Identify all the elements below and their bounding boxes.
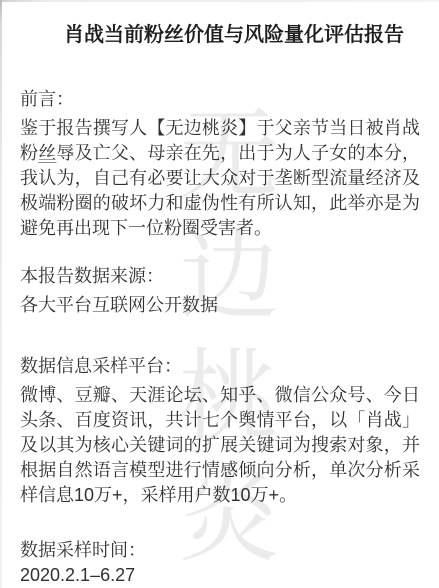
sampling-time-label: 数据采样时间： — [20, 538, 420, 563]
preface-label: 前言： — [20, 87, 420, 112]
report-title: 肖战当前粉丝价值与风险量化评估报告 — [48, 21, 420, 49]
report-page: 无 边 桃 炎 肖战当前粉丝价值与风险量化评估报告 前言： 鉴于报告撰写人【无边… — [0, 0, 439, 588]
sampling-platforms-paragraph: 微博、豆瓣、天涯论坛、知乎、微信公众号、今日头条、百度资讯，共计七个舆情平台，以… — [20, 383, 420, 508]
sampling-time-value: 2020.2.1–6.27 — [20, 563, 420, 588]
data-source-value: 各大平台互联网公开数据 — [20, 293, 420, 318]
preface-text-after: 辱及亡父、母亲在先，出于为人子女的本分，我认为，自己有必要让大众对于垄断型流量经… — [20, 143, 420, 238]
report-content: 肖战当前粉丝价值与风险量化评估报告 前言： 鉴于报告撰写人【无边桃炎】于父亲节当… — [20, 21, 420, 588]
sampling-platforms-label: 数据信息采样平台： — [20, 354, 420, 379]
page-left-edge — [0, 0, 2, 588]
preface-paragraph: 鉴于报告撰写人【无边桃炎】于父亲节当日被肖战粉丝辱及亡父、母亲在先，出于为人子女… — [20, 116, 420, 241]
preface-underlined-text: 丝 — [38, 143, 56, 163]
data-source-label: 本报告数据来源： — [20, 264, 420, 289]
page-top-edge — [0, 0, 439, 2]
